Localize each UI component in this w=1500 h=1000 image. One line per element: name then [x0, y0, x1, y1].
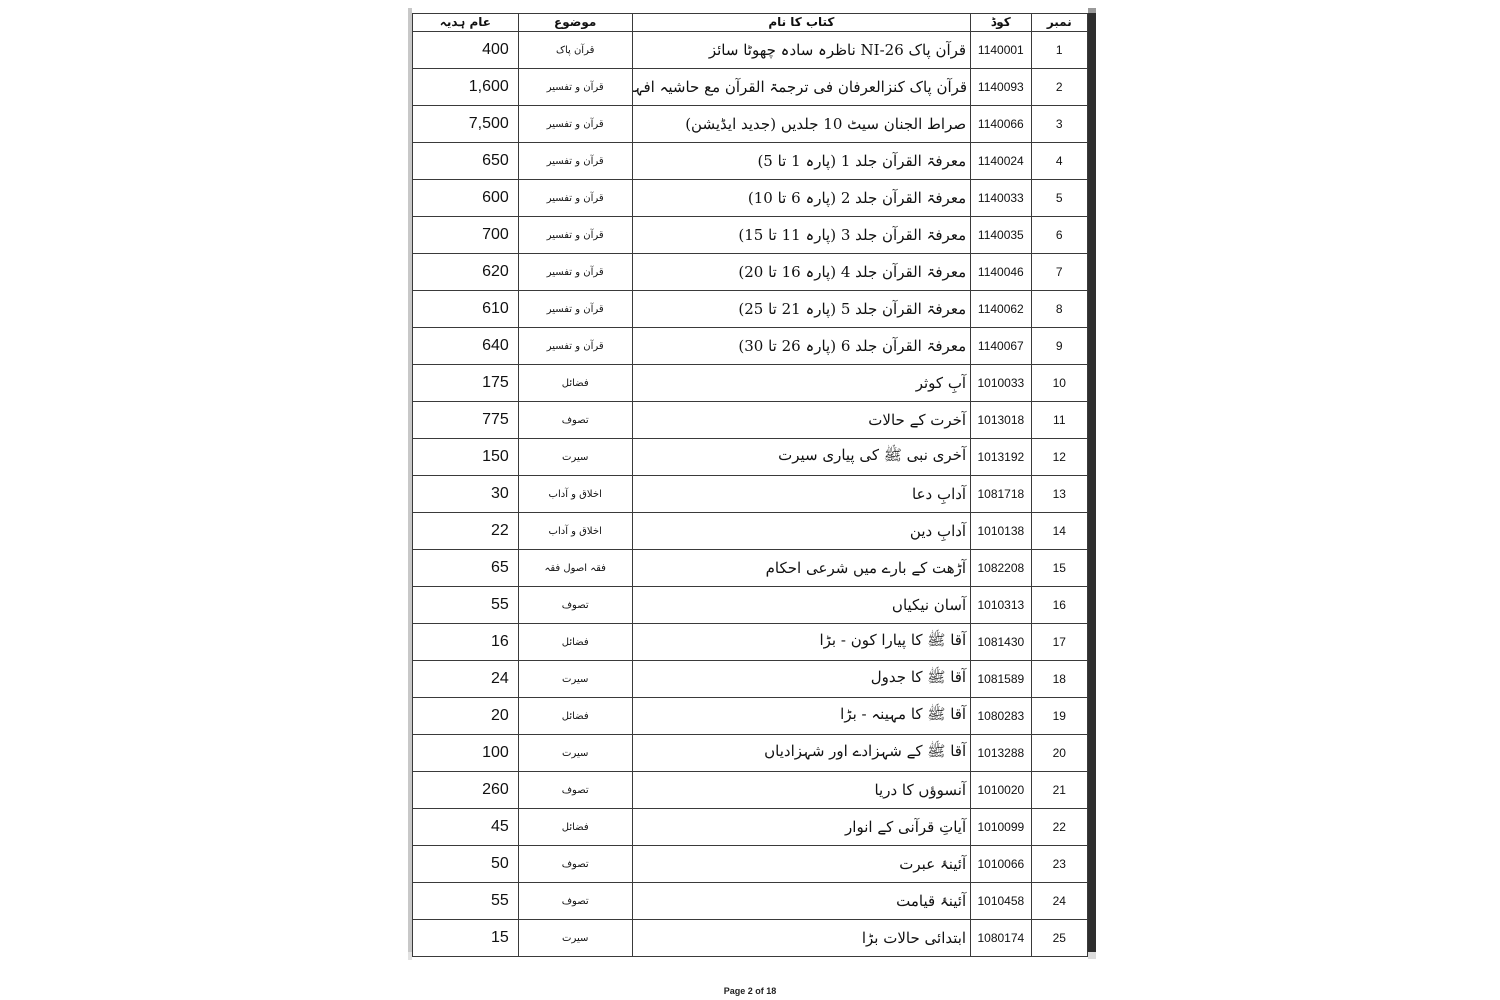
cell-code: 1140093	[971, 69, 1031, 106]
cell-number: 8	[1031, 291, 1087, 328]
cell-subject: فضائل	[518, 365, 632, 402]
cell-book-title: قرآن پاک کنزالعرفان فی ترجمۃ القرآن مع ح…	[632, 69, 971, 106]
cell-price: 24	[413, 661, 519, 698]
cell-subject: قرآن و تفسیر	[518, 106, 632, 143]
table-row: 55تصوفآئینۂ قیامت101045824	[413, 883, 1088, 920]
cell-number: 23	[1031, 846, 1087, 883]
cell-price: 65	[413, 550, 519, 587]
cell-price: 175	[413, 365, 519, 402]
cell-code: 1140067	[971, 328, 1031, 365]
table-row: 55تصوفآسان نیکیاں101031316	[413, 587, 1088, 624]
cell-book-title: آیاتِ قرآنی کے انوار	[632, 809, 971, 846]
cell-book-title: آنسوؤں کا دریا	[632, 772, 971, 809]
cell-code: 1010313	[971, 587, 1031, 624]
cell-price: 1,600	[413, 69, 519, 106]
header-subject: موضوع	[518, 14, 632, 32]
cell-subject: قرآن و تفسیر	[518, 180, 632, 217]
table-row: 600قرآن و تفسیرمعرفۃ القرآن جلد 2 (پارہ …	[413, 180, 1088, 217]
cell-number: 24	[1031, 883, 1087, 920]
cell-number: 1	[1031, 32, 1087, 69]
cell-subject: فقہ اصول فقہ	[518, 550, 632, 587]
header-title: کتاب کا نام	[632, 14, 971, 32]
cell-code: 1013288	[971, 735, 1031, 772]
table-row: 7,500قرآن و تفسیرصراط الجنان سیٹ 10 جلدی…	[413, 106, 1088, 143]
cell-number: 10	[1031, 365, 1087, 402]
cell-subject: اخلاق و آداب	[518, 513, 632, 550]
cell-book-title: آدابِ دین	[632, 513, 971, 550]
cell-price: 55	[413, 587, 519, 624]
cell-price: 620	[413, 254, 519, 291]
cell-subject: فضائل	[518, 624, 632, 661]
cell-subject: قرآن و تفسیر	[518, 217, 632, 254]
cell-number: 17	[1031, 624, 1087, 661]
table-row: 175فضائلآبِ کوثر101003310	[413, 365, 1088, 402]
cell-price: 30	[413, 476, 519, 513]
table-row: 610قرآن و تفسیرمعرفۃ القرآن جلد 5 (پارہ …	[413, 291, 1088, 328]
table-row: 65فقہ اصول فقہآڑھت کے بارے میں شرعی احکا…	[413, 550, 1088, 587]
cell-price: 22	[413, 513, 519, 550]
cell-subject: فضائل	[518, 698, 632, 735]
table-row: 20فضائلآقا ﷺ کا مہینہ - بڑا108028319	[413, 698, 1088, 735]
cell-subject: قرآن و تفسیر	[518, 328, 632, 365]
cell-number: 6	[1031, 217, 1087, 254]
cell-book-title: ابتدائی حالات بڑا	[632, 920, 971, 957]
page-right-shadow	[1088, 13, 1096, 953]
cell-book-title: آخری نبی ﷺ کی پیاری سیرت	[632, 439, 971, 476]
cell-price: 20	[413, 698, 519, 735]
cell-number: 3	[1031, 106, 1087, 143]
cell-number: 4	[1031, 143, 1087, 180]
cell-code: 1140066	[971, 106, 1031, 143]
table-row: 400قرآن پاکقرآن پاک NI-26 ناظرہ سادہ چھو…	[413, 32, 1088, 69]
cell-subject: تصوف	[518, 846, 632, 883]
cell-subject: قرآن و تفسیر	[518, 69, 632, 106]
cell-price: 640	[413, 328, 519, 365]
cell-book-title: آڑھت کے بارے میں شرعی احکام	[632, 550, 971, 587]
header-price: عام ہدیہ	[413, 14, 519, 32]
cell-code: 1081430	[971, 624, 1031, 661]
cell-price: 55	[413, 883, 519, 920]
cell-number: 16	[1031, 587, 1087, 624]
cell-subject: قرآن و تفسیر	[518, 254, 632, 291]
cell-price: 50	[413, 846, 519, 883]
cell-code: 1140046	[971, 254, 1031, 291]
scrollbar-bottom-cap	[1088, 952, 1096, 959]
cell-code: 1140062	[971, 291, 1031, 328]
cell-book-title: آئینۂ قیامت	[632, 883, 971, 920]
cell-subject: قرآن و تفسیر	[518, 143, 632, 180]
table-row: 30اخلاق و آدابآدابِ دعا108171813	[413, 476, 1088, 513]
table-row: 50تصوفآئینۂ عبرت101006623	[413, 846, 1088, 883]
cell-number: 7	[1031, 254, 1087, 291]
cell-code: 1140001	[971, 32, 1031, 69]
cell-book-title: آقا ﷺ کا مہینہ - بڑا	[632, 698, 971, 735]
table-row: 775تصوفآخرت کے حالات101301811	[413, 402, 1088, 439]
cell-number: 14	[1031, 513, 1087, 550]
cell-number: 20	[1031, 735, 1087, 772]
cell-number: 15	[1031, 550, 1087, 587]
cell-number: 25	[1031, 920, 1087, 957]
book-price-table: عام ہدیہ موضوع کتاب کا نام کوڈ نمبر 400ق…	[412, 13, 1088, 957]
cell-number: 5	[1031, 180, 1087, 217]
table-row: 260تصوفآنسوؤں کا دریا101002021	[413, 772, 1088, 809]
cell-code: 1140035	[971, 217, 1031, 254]
cell-price: 610	[413, 291, 519, 328]
cell-code: 1082208	[971, 550, 1031, 587]
cell-code: 1010099	[971, 809, 1031, 846]
cell-book-title: آقا ﷺ کا پیارا کون - بڑا	[632, 624, 971, 661]
cell-book-title: آقا ﷺ کے شہزادے اور شہزادیاں	[632, 735, 971, 772]
cell-price: 400	[413, 32, 519, 69]
cell-subject: تصوف	[518, 587, 632, 624]
table-row: 15سیرتابتدائی حالات بڑا108017425	[413, 920, 1088, 957]
table-row: 45فضائلآیاتِ قرآنی کے انوار101009922	[413, 809, 1088, 846]
cell-price: 600	[413, 180, 519, 217]
cell-subject: سیرت	[518, 661, 632, 698]
cell-book-title: معرفۃ القرآن جلد 4 (پارہ 16 تا 20)	[632, 254, 971, 291]
table-row: 150سیرتآخری نبی ﷺ کی پیاری سیرت101319212	[413, 439, 1088, 476]
cell-number: 11	[1031, 402, 1087, 439]
cell-book-title: قرآن پاک NI-26 ناظرہ سادہ چھوٹا سائز	[632, 32, 971, 69]
cell-code: 1013018	[971, 402, 1031, 439]
cell-book-title: آسان نیکیاں	[632, 587, 971, 624]
cell-code: 1010020	[971, 772, 1031, 809]
cell-book-title: آدابِ دعا	[632, 476, 971, 513]
cell-price: 775	[413, 402, 519, 439]
table-row: 1,600قرآن و تفسیرقرآن پاک کنزالعرفان فی …	[413, 69, 1088, 106]
cell-code: 1140024	[971, 143, 1031, 180]
cell-book-title: معرفۃ القرآن جلد 5 (پارہ 21 تا 25)	[632, 291, 971, 328]
table-row: 640قرآن و تفسیرمعرفۃ القرآن جلد 6 (پارہ …	[413, 328, 1088, 365]
cell-price: 45	[413, 809, 519, 846]
cell-price: 16	[413, 624, 519, 661]
cell-subject: سیرت	[518, 735, 632, 772]
cell-number: 18	[1031, 661, 1087, 698]
cell-price: 260	[413, 772, 519, 809]
cell-book-title: معرفۃ القرآن جلد 1 (پارہ 1 تا 5)	[632, 143, 971, 180]
cell-price: 650	[413, 143, 519, 180]
table-row: 100سیرتآقا ﷺ کے شہزادے اور شہزادیاں10132…	[413, 735, 1088, 772]
cell-book-title: معرفۃ القرآن جلد 6 (پارہ 26 تا 30)	[632, 328, 971, 365]
cell-code: 1010458	[971, 883, 1031, 920]
cell-subject: تصوف	[518, 772, 632, 809]
cell-price: 150	[413, 439, 519, 476]
cell-number: 21	[1031, 772, 1087, 809]
cell-number: 2	[1031, 69, 1087, 106]
cell-book-title: آقا ﷺ کا جدول	[632, 661, 971, 698]
cell-code: 1081718	[971, 476, 1031, 513]
cell-subject: تصوف	[518, 402, 632, 439]
table-row: 24سیرتآقا ﷺ کا جدول108158918	[413, 661, 1088, 698]
cell-book-title: آخرت کے حالات	[632, 402, 971, 439]
cell-book-title: معرفۃ القرآن جلد 3 (پارہ 11 تا 15)	[632, 217, 971, 254]
cell-subject: سیرت	[518, 439, 632, 476]
cell-code: 1010033	[971, 365, 1031, 402]
page-number-footer: Page 2 of 18	[0, 986, 1500, 996]
cell-subject: فضائل	[518, 809, 632, 846]
cell-code: 1140033	[971, 180, 1031, 217]
cell-subject: قرآن پاک	[518, 32, 632, 69]
cell-number: 13	[1031, 476, 1087, 513]
cell-code: 1080174	[971, 920, 1031, 957]
cell-code: 1010138	[971, 513, 1031, 550]
cell-subject: تصوف	[518, 883, 632, 920]
table-row: 650قرآن و تفسیرمعرفۃ القرآن جلد 1 (پارہ …	[413, 143, 1088, 180]
table-row: 16فضائلآقا ﷺ کا پیارا کون - بڑا108143017	[413, 624, 1088, 661]
cell-price: 15	[413, 920, 519, 957]
cell-code: 1080283	[971, 698, 1031, 735]
cell-subject: اخلاق و آداب	[518, 476, 632, 513]
cell-book-title: آبِ کوثر	[632, 365, 971, 402]
cell-code: 1081589	[971, 661, 1031, 698]
header-code: کوڈ	[971, 14, 1031, 32]
table-row: 700قرآن و تفسیرمعرفۃ القرآن جلد 3 (پارہ …	[413, 217, 1088, 254]
cell-subject: قرآن و تفسیر	[518, 291, 632, 328]
header-number: نمبر	[1031, 14, 1087, 32]
table-row: 22اخلاق و آدابآدابِ دین101013814	[413, 513, 1088, 550]
cell-subject: سیرت	[518, 920, 632, 957]
cell-book-title: آئینۂ عبرت	[632, 846, 971, 883]
cell-number: 9	[1031, 328, 1087, 365]
cell-book-title: صراط الجنان سیٹ 10 جلدیں (جدید ایڈیشن)	[632, 106, 971, 143]
cell-number: 19	[1031, 698, 1087, 735]
cell-book-title: معرفۃ القرآن جلد 2 (پارہ 6 تا 10)	[632, 180, 971, 217]
table-header-row: عام ہدیہ موضوع کتاب کا نام کوڈ نمبر	[413, 14, 1088, 32]
cell-code: 1013192	[971, 439, 1031, 476]
cell-number: 12	[1031, 439, 1087, 476]
cell-number: 22	[1031, 809, 1087, 846]
cell-price: 100	[413, 735, 519, 772]
table-row: 620قرآن و تفسیرمعرفۃ القرآن جلد 4 (پارہ …	[413, 254, 1088, 291]
cell-price: 700	[413, 217, 519, 254]
cell-price: 7,500	[413, 106, 519, 143]
table-body: 400قرآن پاکقرآن پاک NI-26 ناظرہ سادہ چھو…	[413, 32, 1088, 957]
cell-code: 1010066	[971, 846, 1031, 883]
